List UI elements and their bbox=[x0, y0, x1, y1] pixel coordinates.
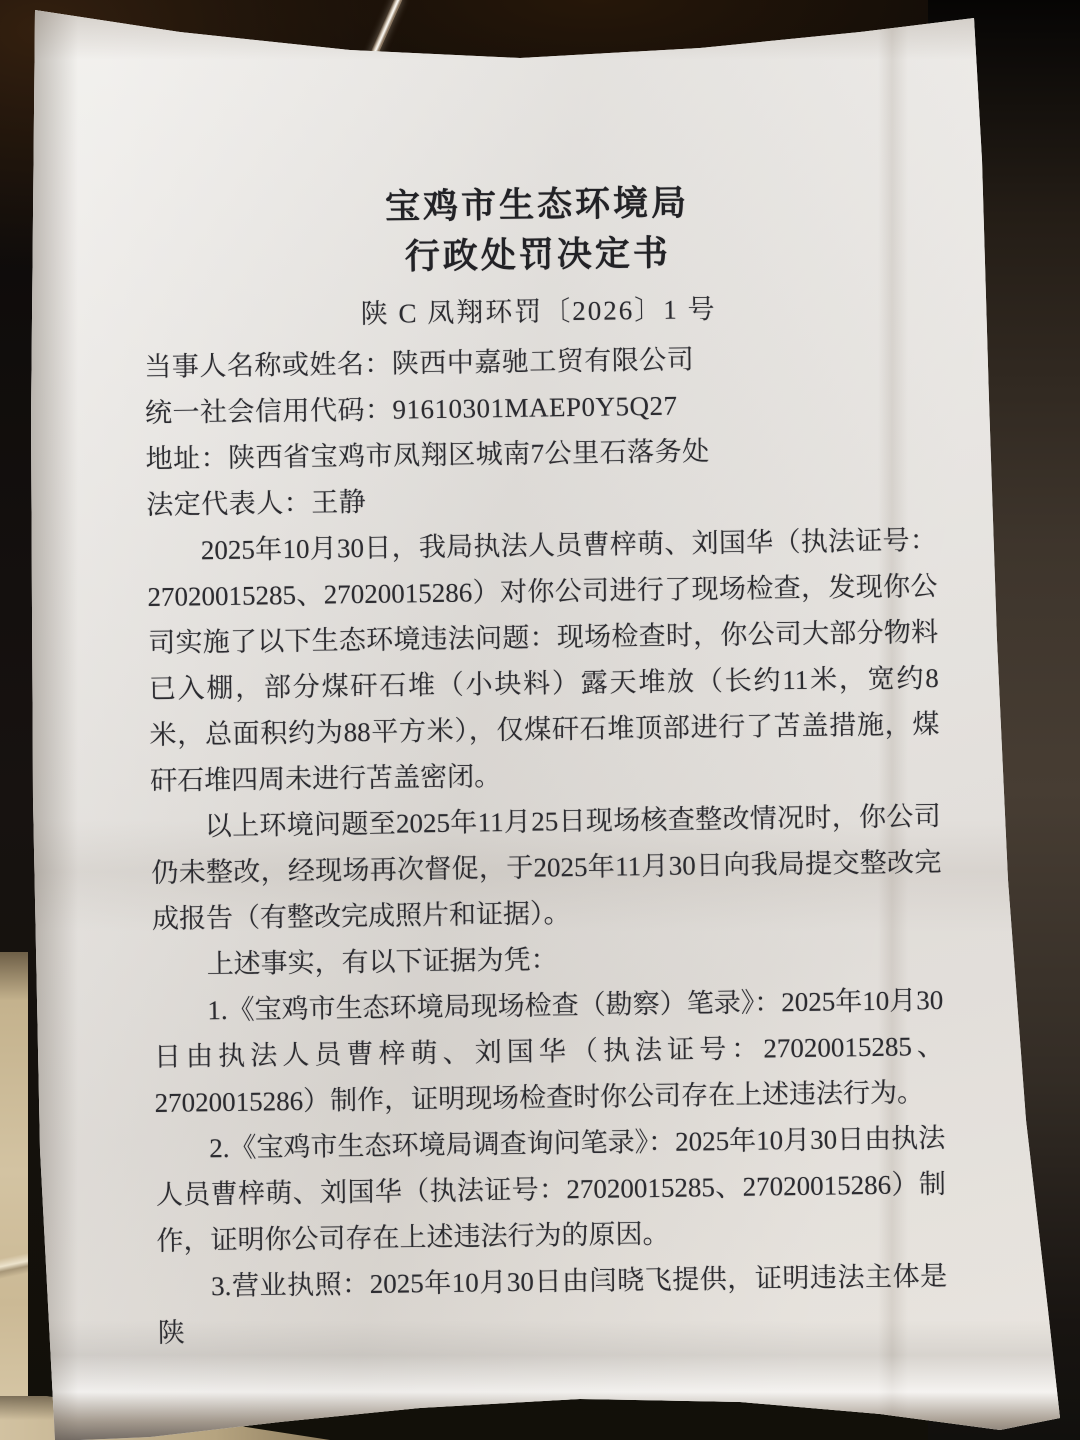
body-paragraph: 2025年10月30日，我局执法人员曹梓萌、刘国华（执法证号：270200152… bbox=[147, 517, 941, 804]
floor-tiles-left bbox=[0, 952, 28, 1440]
document-body: 2025年10月30日，我局执法人员曹梓萌、刘国华（执法证号：270200152… bbox=[147, 517, 948, 1356]
party-info-block: 当事人名称或姓名：陕西中嘉驰工贸有限公司 统一社会信用代码：91610301MA… bbox=[144, 333, 936, 528]
document-number: 陕 C 凤翔环罚〔2026〕1 号 bbox=[143, 283, 934, 340]
evidence-paragraph-3: 3.营业执照：2025年10月30日由闫晓飞提供，证明违法主体是陕 bbox=[157, 1253, 948, 1356]
document-title-line2: 行政处罚决定书 bbox=[143, 225, 934, 286]
photo-of-document: 宝鸡市生态环境局 行政处罚决定书 陕 C 凤翔环罚〔2026〕1 号 当事人名称… bbox=[0, 0, 1080, 1440]
body-paragraph: 以上环境问题至2025年11月25日现场核查整改情况时，你公司仍未整改，经现场再… bbox=[150, 793, 942, 942]
document-text: 宝鸡市生态环境局 行政处罚决定书 陕 C 凤翔环罚〔2026〕1 号 当事人名称… bbox=[142, 161, 948, 1356]
evidence-paragraph-2: 2.《宝鸡市生态环境局调查询问笔录》：2025年10月30日由执法人员曹梓萌、刘… bbox=[155, 1115, 947, 1264]
evidence-paragraph-1: 1.《宝鸡市生态环境局现场检查（勘察）笔录》：2025年10月30日由执法人员曹… bbox=[153, 977, 945, 1126]
